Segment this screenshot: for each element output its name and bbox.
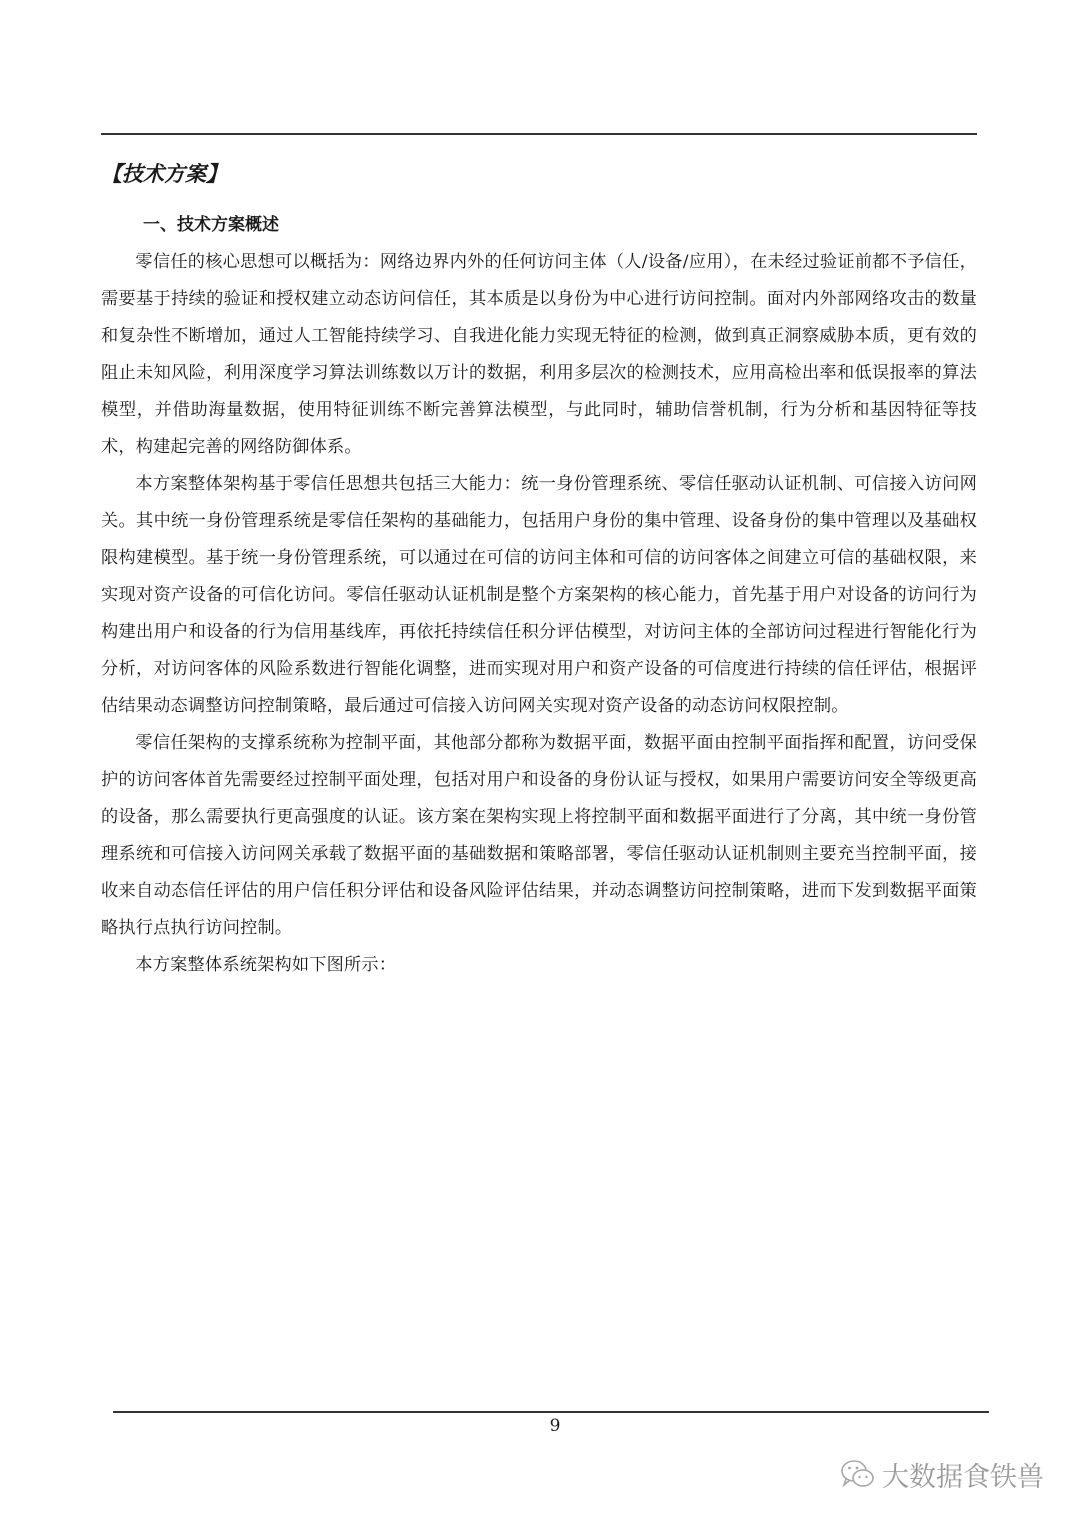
subsection-title: 一、技术方案概述: [143, 210, 279, 235]
wechat-icon: [840, 1459, 876, 1491]
paragraph-control-plane: 零信任架构的支撑系统称为控制平面，其他部分都称为数据平面，数据平面由控制平面指挥…: [101, 725, 977, 947]
section-title: 【技术方案】: [101, 158, 227, 188]
paragraph-architecture: 本方案整体架构基于零信任思想共包括三大能力：统一身份管理系统、零信任驱动认证机制…: [101, 466, 977, 725]
body-text: 零信任的核心思想可以概括为：网络边界内外的任何访问主体（人/设备/应用），在未经…: [101, 244, 977, 984]
watermark: 大数据食铁兽: [840, 1455, 1044, 1494]
page-number: 9: [0, 1416, 1080, 1436]
paragraph-overview: 零信任的核心思想可以概括为：网络边界内外的任何访问主体（人/设备/应用），在未经…: [101, 244, 977, 466]
watermark-text: 大数据食铁兽: [882, 1455, 1044, 1494]
header-rule: [101, 133, 977, 135]
footer-rule: [113, 1411, 989, 1413]
paragraph-figure-intro: 本方案整体系统架构如下图所示：: [101, 947, 977, 984]
